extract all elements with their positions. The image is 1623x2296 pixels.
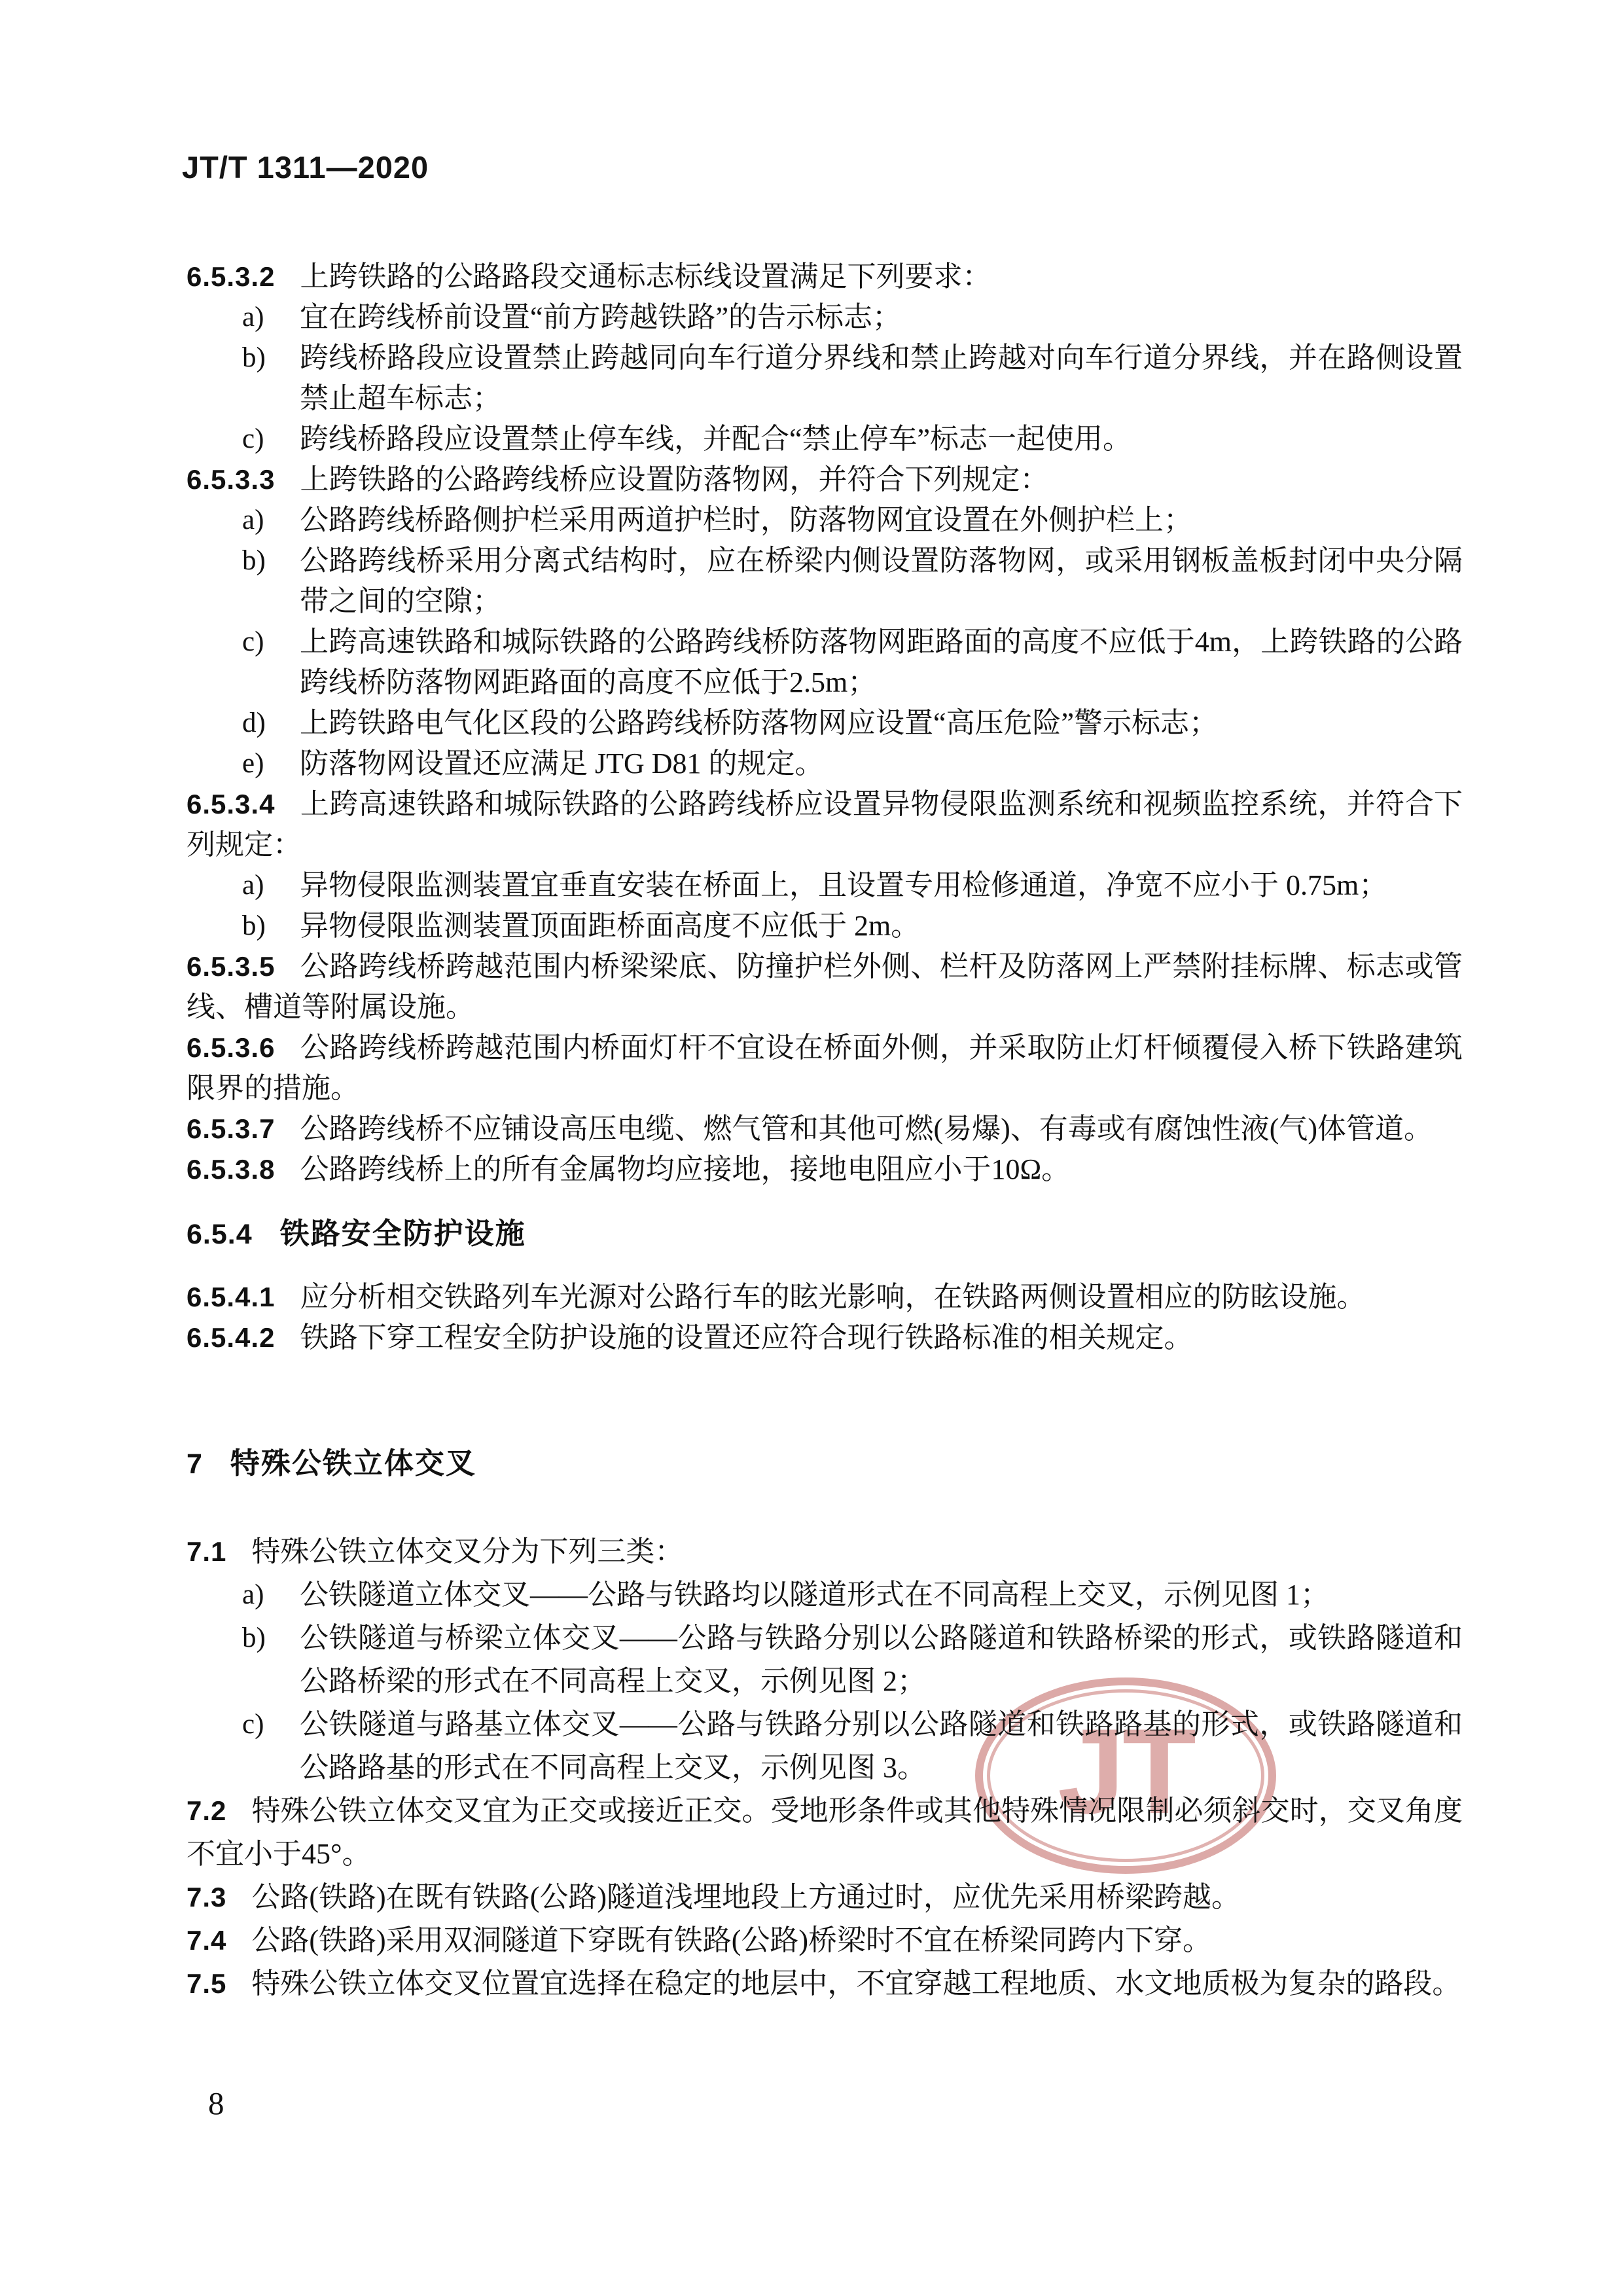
page-number: 8 [208,2085,224,2122]
list-letter: b) [242,338,300,419]
list-item-6-5-3-2-c: c) 跨线桥路段应设置禁止停车线，并配合“禁止停车”标志一起使用。 [242,419,1463,459]
list-text: 公路跨线桥采用分离式结构时，应在桥梁内侧设置防落物网，或采用钢板盖板封闭中央分隔… [300,541,1463,622]
list-item-6-5-3-2-a: a) 宜在跨线桥前设置“前方跨越铁路”的告示标志； [242,297,1463,338]
subsection-heading-6-5-4: 6.5.4铁路安全防护设施 [187,1213,1463,1255]
clause-body: 铁路下穿工程安全防护设施的设置还应符合现行铁路标准的相关规定。 [300,1321,1192,1354]
list-text: 跨线桥路段应设置禁止停车线，并配合“禁止停车”标志一起使用。 [300,419,1463,459]
clause-number: 7.4 [187,1925,226,1956]
list-item-6-5-3-4-a: a) 异物侵限监测装置宜垂直安装在桥面上，且设置专用检修通道，净宽不应小于 0.… [242,865,1463,906]
list-item-6-5-3-2-b: b) 跨线桥路段应设置禁止跨越同向车行道分界线和禁止跨越对向车行道分界线，并在路… [242,338,1463,419]
list-letter: d) [242,703,300,744]
clause-text-column: 6.5.3.2上跨铁路的公路路段交通标志标线设置满足下列要求： a) 宜在跨线桥… [187,257,1463,2005]
list-letter: b) [242,1617,300,1703]
clause-6-5-3-5: 6.5.3.5公路跨线桥跨越范围内桥梁梁底、防撞护栏外侧、栏杆及防落网上严禁附挂… [187,946,1463,1028]
clause-number: 7.2 [187,1795,226,1826]
clause-body: 上跨铁路的公路跨线桥应设置防落物网，并符合下列规定： [300,463,1048,495]
list-letter: c) [242,622,300,703]
list-text: 公铁隧道与路基立体交叉——公路与铁路分别以公路隧道和铁路路基的形式，或铁路隧道和… [300,1703,1463,1789]
list-item-6-5-3-4-b: b) 异物侵限监测装置顶面距桥面高度不应低于 2m。 [242,906,1463,946]
clause-6-5-4-2: 6.5.4.2铁路下穿工程安全防护设施的设置还应符合现行铁路标准的相关规定。 [187,1318,1463,1358]
list-letter: a) [242,297,300,338]
list-letter: c) [242,1703,300,1789]
clause-number: 7.3 [187,1882,226,1912]
list-letter: a) [242,865,300,906]
list-text: 上跨高速铁路和城际铁路的公路跨线桥防落物网距路面的高度不应低于4m，上跨铁路的公… [300,622,1463,703]
list-item-6-5-3-3-e: e) 防落物网设置还应满足 JTG D81 的规定。 [242,744,1463,784]
list-item-6-5-3-3-a: a) 公路跨线桥路侧护栏采用两道护栏时，防落物网宜设置在外侧护栏上； [242,500,1463,541]
list-item-7-1-b: b) 公铁隧道与桥梁立体交叉——公路与铁路分别以公路隧道和铁路桥梁的形式，或铁路… [242,1617,1463,1703]
clause-6-5-4-1: 6.5.4.1应分析相交铁路列车光源对公路行车的眩光影响，在铁路两侧设置相应的防… [187,1277,1463,1318]
heading-number: 7 [187,1448,203,1480]
clause-body: 应分析相交铁路列车光源对公路行车的眩光影响，在铁路两侧设置相应的防眩设施。 [300,1281,1365,1313]
clause-number: 6.5.3.4 [187,789,275,819]
clause-number: 6.5.3.8 [187,1154,275,1185]
list-text: 公路跨线桥路侧护栏采用两道护栏时，防落物网宜设置在外侧护栏上； [300,500,1463,541]
clause-7-2: 7.2特殊公铁立体交叉宜为正交或接近正交。受地形条件或其他特殊情况限制必须斜交时… [187,1789,1463,1876]
clause-body: 上跨高速铁路和城际铁路的公路跨线桥应设置异物侵限监测系统和视频监控系统，并符合下… [187,788,1463,861]
list-letter: a) [242,1573,300,1617]
list-text: 异物侵限监测装置宜垂直安装在桥面上，且设置专用检修通道，净宽不应小于 0.75m… [300,865,1463,906]
list-item-6-5-3-3-d: d) 上跨铁路电气化区段的公路跨线桥防落物网应设置“高压危险”警示标志； [242,703,1463,744]
clause-7-1: 7.1特殊公铁立体交叉分为下列三类： [187,1530,1463,1573]
clause-body: 公路跨线桥上的所有金属物均应接地，接地电阻应小于10Ω。 [300,1153,1070,1185]
document-page: JT/T 1311—2020 JT 6.5.3.2上跨铁路的公路路段交通标志标线… [0,0,1623,2296]
clause-number: 7.1 [187,1536,226,1567]
clause-number: 6.5.4.2 [187,1322,275,1353]
clause-7-4: 7.4公路(铁路)采用双洞隧道下穿既有铁路(公路)桥梁时不宜在桥梁同跨内下穿。 [187,1919,1463,1962]
clause-number: 7.5 [187,1968,226,1999]
list-item-7-1-c: c) 公铁隧道与路基立体交叉——公路与铁路分别以公路隧道和铁路路基的形式，或铁路… [242,1703,1463,1789]
clause-body: 特殊公铁立体交叉分为下列三类： [251,1535,683,1568]
list-text: 异物侵限监测装置顶面距桥面高度不应低于 2m。 [300,906,1463,946]
clause-body: 公路跨线桥不应铺设高压电缆、燃气管和其他可燃(易爆)、有毒或有腐蚀性液(气)体管… [300,1113,1433,1145]
clause-body: 公路跨线桥跨越范围内桥梁梁底、防撞护栏外侧、栏杆及防落网上严禁附挂标牌、标志或管… [187,950,1463,1023]
clause-body: 特殊公铁立体交叉宜为正交或接近正交。受地形条件或其他特殊情况限制必须斜交时，交叉… [187,1795,1463,1870]
clause-number: 6.5.3.3 [187,464,275,495]
list-letter: e) [242,744,300,784]
clause-number: 6.5.3.7 [187,1113,275,1144]
list-item-6-5-3-3-c: c) 上跨高速铁路和城际铁路的公路跨线桥防落物网距路面的高度不应低于4m，上跨铁… [242,622,1463,703]
clause-number: 6.5.3.2 [187,261,275,292]
list-letter: b) [242,906,300,946]
clause-number: 6.5.4.1 [187,1282,275,1312]
clause-body: 上跨铁路的公路路段交通标志标线设置满足下列要求： [300,260,991,293]
clause-body: 特殊公铁立体交叉位置宜选择在稳定的地层中，不宜穿越工程地质、水文地质极为复杂的路… [251,1967,1461,2000]
clause-7-3: 7.3公路(铁路)在既有铁路(公路)隧道浅埋地段上方通过时，应优先采用桥梁跨越。 [187,1876,1463,1919]
heading-number: 6.5.4 [187,1219,253,1250]
list-text: 跨线桥路段应设置禁止跨越同向车行道分界线和禁止跨越对向车行道分界线，并在路侧设置… [300,338,1463,419]
list-item-7-1-a: a) 公铁隧道立体交叉——公路与铁路均以隧道形式在不同高程上交叉，示例见图 1； [242,1573,1463,1617]
list-text: 防落物网设置还应满足 JTG D81 的规定。 [300,744,1463,784]
clause-6-5-3-7: 6.5.3.7公路跨线桥不应铺设高压电缆、燃气管和其他可燃(易爆)、有毒或有腐蚀… [187,1109,1463,1149]
clause-body: 公路(铁路)在既有铁路(公路)隧道浅埋地段上方通过时，应优先采用桥梁跨越。 [251,1881,1240,1913]
list-text: 公铁隧道立体交叉——公路与铁路均以隧道形式在不同高程上交叉，示例见图 1； [300,1573,1463,1617]
standard-number-header: JT/T 1311—2020 [182,149,429,185]
clause-6-5-3-8: 6.5.3.8公路跨线桥上的所有金属物均应接地，接地电阻应小于10Ω。 [187,1149,1463,1190]
clause-7-5: 7.5特殊公铁立体交叉位置宜选择在稳定的地层中，不宜穿越工程地质、水文地质极为复… [187,1962,1463,2005]
clause-6-5-3-4: 6.5.3.4上跨高速铁路和城际铁路的公路跨线桥应设置异物侵限监测系统和视频监控… [187,784,1463,865]
list-item-6-5-3-3-b: b) 公路跨线桥采用分离式结构时，应在桥梁内侧设置防落物网，或采用钢板盖板封闭中… [242,541,1463,622]
clause-body: 公路跨线桥跨越范围内桥面灯杆不宜设在桥面外侧，并采取防止灯杆倾覆侵入桥下铁路建筑… [187,1031,1463,1104]
list-letter: b) [242,541,300,622]
list-text: 公铁隧道与桥梁立体交叉——公路与铁路分别以公路隧道和铁路桥梁的形式，或铁路隧道和… [300,1617,1463,1703]
heading-title: 特殊公铁立体交叉 [230,1446,476,1480]
clause-6-5-3-3: 6.5.3.3上跨铁路的公路跨线桥应设置防落物网，并符合下列规定： [187,459,1463,500]
chapter-heading-7: 7特殊公铁立体交叉 [187,1443,1463,1484]
heading-title: 铁路安全防护设施 [280,1217,526,1250]
list-letter: c) [242,419,300,459]
list-text: 宜在跨线桥前设置“前方跨越铁路”的告示标志； [300,297,1463,338]
clause-6-5-3-2: 6.5.3.2上跨铁路的公路路段交通标志标线设置满足下列要求： [187,257,1463,297]
clause-number: 6.5.3.6 [187,1032,275,1063]
list-text: 上跨铁路电气化区段的公路跨线桥防落物网应设置“高压危险”警示标志； [300,703,1463,744]
list-letter: a) [242,500,300,541]
clause-body: 公路(铁路)采用双洞隧道下穿既有铁路(公路)桥梁时不宜在桥梁同跨内下穿。 [251,1924,1211,1956]
clause-6-5-3-6: 6.5.3.6公路跨线桥跨越范围内桥面灯杆不宜设在桥面外侧，并采取防止灯杆倾覆侵… [187,1028,1463,1109]
clause-number: 6.5.3.5 [187,951,275,982]
